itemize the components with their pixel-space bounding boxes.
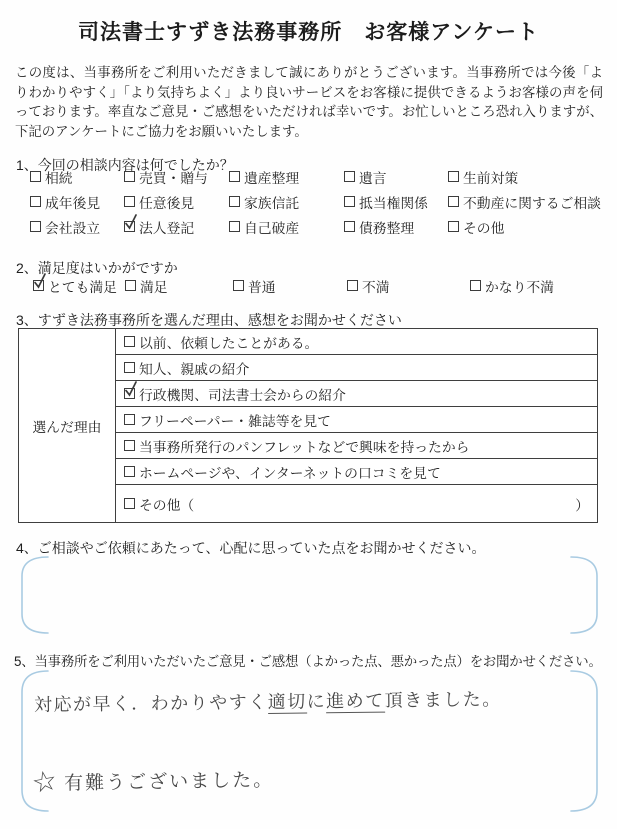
table-row-label: フリーペーパー・雑誌等を見て <box>139 410 331 430</box>
q2-option-label: 満足 <box>140 276 168 296</box>
checkbox-icon[interactable] <box>33 280 44 291</box>
table-row-label: 行政機関、司法書士会からの紹介 <box>139 384 346 404</box>
handwriting-segment-underlined: 適切 <box>268 692 307 714</box>
table-row-label: 以前、依頼したことがある。 <box>139 332 318 352</box>
handwriting-segment: 対応が早く．わかりやすく <box>34 692 268 715</box>
q1-option-label: 家族信託 <box>244 192 299 212</box>
q1-option-label: 遺産整理 <box>244 167 299 187</box>
table-row[interactable]: 当事務所発行のパンフレットなどで興味を持ったから <box>116 433 597 459</box>
q1-option-label: 会社設立 <box>45 217 100 237</box>
handwritten-answer-line1: 対応が早く．わかりやすく適切に進めて頂きました。 <box>34 685 502 717</box>
q1-option[interactable]: 任意後見 <box>124 189 229 214</box>
checkbox-icon[interactable] <box>124 362 135 373</box>
handwritten-answer-line2: ☆ 有難うございました。 <box>32 764 275 796</box>
q2-option-totemo-manzoku[interactable]: とても満足 <box>33 273 117 298</box>
q1-option-label: 遺言 <box>359 167 387 187</box>
table-row-label: 当事務所発行のパンフレットなどで興味を持ったから <box>139 436 469 456</box>
checkbox-icon[interactable] <box>448 171 459 182</box>
checkbox-icon[interactable] <box>124 171 135 182</box>
answer-box-left-bracket-icon <box>20 556 50 634</box>
q3-row-header: 選んだ理由 <box>19 329 116 522</box>
check-mark-icon <box>123 213 138 232</box>
q1-option[interactable]: 生前対策 <box>448 164 602 189</box>
q2-option[interactable]: 普通 <box>233 273 276 298</box>
q1-option-label: 自己破産 <box>244 217 299 237</box>
q1-options: 相続 売買・贈与 遺産整理 遺言 生前対策 成年後見 任意後見 家族信託 抵当権… <box>30 164 602 239</box>
q1-option[interactable]: 家族信託 <box>229 189 344 214</box>
q1-option-houjin-touki[interactable]: 法人登記 <box>124 214 229 239</box>
checkbox-icon[interactable] <box>448 221 459 232</box>
q1-option[interactable]: 抵当権関係 <box>344 189 448 214</box>
q1-option[interactable]: 債務整理 <box>344 214 448 239</box>
check-mark-icon <box>32 272 47 291</box>
checkbox-icon[interactable] <box>344 196 355 207</box>
checkbox-icon[interactable] <box>30 221 41 232</box>
q3-heading: 3、すずき法務事務所を選んだ理由、感想をお聞かせください <box>16 310 402 330</box>
checkbox-icon[interactable] <box>124 388 135 399</box>
handwriting-segment: 頂きました。 <box>385 689 502 710</box>
table-row-label: ホームページや、インターネットの口コミを見て <box>139 462 441 482</box>
q1-option-label: 生前対策 <box>463 167 518 187</box>
q2-option-label: かなり不満 <box>485 276 554 296</box>
page-title: 司法書士すずき法務事務所 お客様アンケート <box>0 16 617 46</box>
checkbox-icon[interactable] <box>233 280 244 291</box>
handwriting-thanks: 有難うございました。 <box>64 764 274 795</box>
checkbox-icon[interactable] <box>124 196 135 207</box>
q1-option-label: 売買・贈与 <box>139 167 208 187</box>
q1-option[interactable]: 相続 <box>30 164 124 189</box>
checkbox-icon[interactable] <box>470 280 481 291</box>
checkbox-icon[interactable] <box>344 171 355 182</box>
q1-option-label: 債務整理 <box>359 217 414 237</box>
q1-option[interactable]: 成年後見 <box>30 189 124 214</box>
checkbox-icon[interactable] <box>347 280 358 291</box>
checkbox-icon[interactable] <box>124 466 135 477</box>
checkbox-icon[interactable] <box>30 171 41 182</box>
checkbox-icon[interactable] <box>124 336 135 347</box>
table-row-label: 知人、親戚の紹介 <box>139 358 249 378</box>
q2-option-label: とても満足 <box>48 276 117 296</box>
checkbox-icon[interactable] <box>229 221 240 232</box>
q1-option[interactable]: 売買・贈与 <box>124 164 229 189</box>
q4-heading: 4、ご相談やご依頼にあたって、心配に思っていた点をお聞かせください。 <box>16 538 486 558</box>
q1-option[interactable]: 不動産に関するご相談 <box>448 189 602 214</box>
answer-box-right-bracket-icon <box>569 670 599 812</box>
table-row-paren-close: ） <box>575 494 589 514</box>
checkbox-icon[interactable] <box>124 498 135 509</box>
table-row[interactable]: フリーペーパー・雑誌等を見て <box>116 407 597 433</box>
q1-option-label: 成年後見 <box>45 192 100 212</box>
q1-option-label: 抵当権関係 <box>359 192 428 212</box>
q1-option[interactable]: 会社設立 <box>30 214 124 239</box>
q3-rows: 以前、依頼したことがある。 知人、親戚の紹介 行政機関、司法書士会からの紹介 フ… <box>116 329 597 522</box>
q2-option[interactable]: 満足 <box>125 273 168 298</box>
handwriting-segment: に <box>307 691 327 711</box>
q1-option[interactable]: 自己破産 <box>229 214 344 239</box>
intro-text: この度は、当事務所をご利用いただきまして誠にありがとうございます。当事務所では今… <box>15 63 603 141</box>
table-row[interactable]: 以前、依頼したことがある。 <box>116 329 597 355</box>
table-row[interactable]: ホームページや、インターネットの口コミを見て <box>116 459 597 485</box>
checkbox-icon[interactable] <box>125 280 136 291</box>
handwriting-segment-underlined: 進めて <box>326 691 385 714</box>
answer-box-right-bracket-icon <box>569 556 599 634</box>
checkbox-icon[interactable] <box>124 440 135 451</box>
checkbox-icon[interactable] <box>124 414 135 425</box>
q5-answer-box[interactable]: 対応が早く．わかりやすく適切に進めて頂きました。 ☆ 有難うございました。 <box>20 670 599 812</box>
q1-option-label: 任意後見 <box>139 192 194 212</box>
q1-option[interactable]: 遺言 <box>344 164 448 189</box>
checkbox-icon[interactable] <box>229 171 240 182</box>
q1-option-label: その他 <box>463 217 504 237</box>
q1-option[interactable]: 遺産整理 <box>229 164 344 189</box>
q1-option-label: 相続 <box>45 167 73 187</box>
q1-option-label: 不動産に関するご相談 <box>463 192 601 212</box>
survey-page: 司法書士すずき法務事務所 お客様アンケート この度は、当事務所をご利用いただきま… <box>0 0 617 829</box>
q2-option-label: 不満 <box>362 276 390 296</box>
q4-answer-box[interactable] <box>20 556 599 634</box>
checkbox-icon[interactable] <box>448 196 459 207</box>
table-row-sonota[interactable]: その他（） <box>116 485 597 522</box>
check-mark-icon <box>123 380 138 399</box>
checkbox-icon[interactable] <box>124 221 135 232</box>
q2-option[interactable]: 不満 <box>347 273 390 298</box>
checkbox-icon[interactable] <box>229 196 240 207</box>
q5-heading: 5、当事務所をご利用いただいたご意見・ご感想（よかった点、悪かった点）をお聞かせ… <box>14 651 602 670</box>
table-row-label: その他（ <box>139 494 194 514</box>
q2-options: とても満足 満足 普通 不満 かなり不満 <box>0 273 617 298</box>
table-row-gyousei-kikan[interactable]: 行政機関、司法書士会からの紹介 <box>116 381 597 407</box>
checkbox-icon[interactable] <box>344 221 355 232</box>
table-row[interactable]: 知人、親戚の紹介 <box>116 355 597 381</box>
q2-option-label: 普通 <box>248 276 276 296</box>
q2-option[interactable]: かなり不満 <box>470 273 554 298</box>
checkbox-icon[interactable] <box>30 196 41 207</box>
q1-option[interactable]: その他 <box>448 214 602 239</box>
star-icon: ☆ <box>30 766 62 799</box>
q3-reason-table: 選んだ理由 以前、依頼したことがある。 知人、親戚の紹介 行政機関、司法書士会か… <box>18 328 598 523</box>
q1-option-label: 法人登記 <box>139 217 194 237</box>
